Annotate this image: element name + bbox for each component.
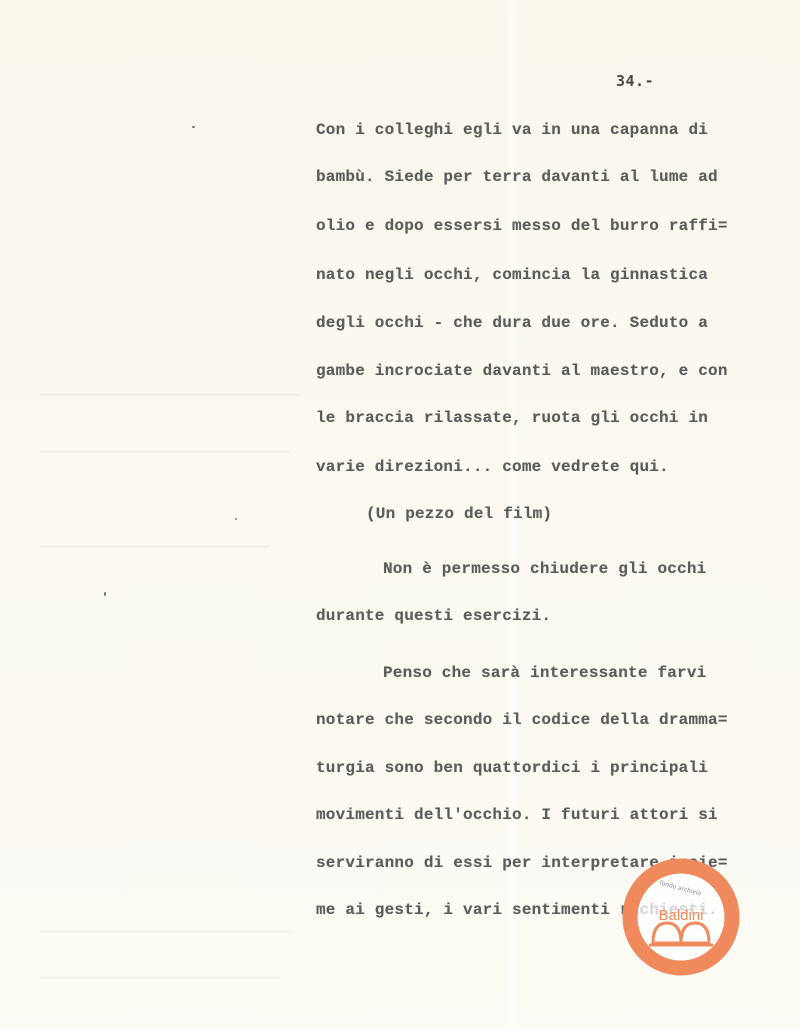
text-line: Penso che sarà interessante farvi	[383, 664, 706, 682]
text-line: Con i colleghi egli va in una capanna di	[316, 121, 708, 139]
text-line: degli occhi - che dura due ore. Seduto a	[316, 314, 708, 332]
text-line: nato negli occhi, comincia la ginnastica	[316, 266, 708, 284]
text-line: olio e dopo essersi messo del burro raff…	[316, 217, 728, 235]
paper-speck	[192, 126, 195, 128]
paper-speck	[235, 518, 237, 520]
bleed-through-mark	[40, 976, 280, 979]
stamp-label: Baldini	[621, 907, 741, 924]
text-line: turgia sono ben quattordici i principali	[316, 759, 708, 777]
text-line: gambe incrociate davanti al maestro, e c…	[316, 362, 728, 380]
text-line: movimenti dell'occhio. I futuri attori s…	[316, 806, 718, 824]
bleed-through-mark	[40, 545, 270, 548]
bleed-through-mark	[40, 450, 290, 453]
text-line: bambù. Siede per terra davanti al lume a…	[316, 168, 718, 186]
paper-speck	[104, 592, 106, 596]
page-number: 34.-	[616, 72, 654, 90]
text-line: le braccia rilassate, ruota gli occhi in	[316, 409, 708, 427]
bleed-through-mark	[40, 930, 290, 933]
archive-stamp: fondo archivio Baldini	[621, 857, 741, 977]
text-line: (Un pezzo del film)	[366, 505, 552, 523]
document-page: 34.- Con i colleghi egli va in una capan…	[0, 0, 800, 1030]
text-line: Non è permesso chiudere gli occhi	[383, 560, 706, 578]
text-line: varie direzioni... come vedrete qui.	[316, 458, 669, 476]
text-line: notare che secondo il codice della dramm…	[316, 711, 728, 729]
bleed-through-mark	[40, 393, 300, 396]
text-line: durante questi esercizi.	[316, 607, 551, 625]
